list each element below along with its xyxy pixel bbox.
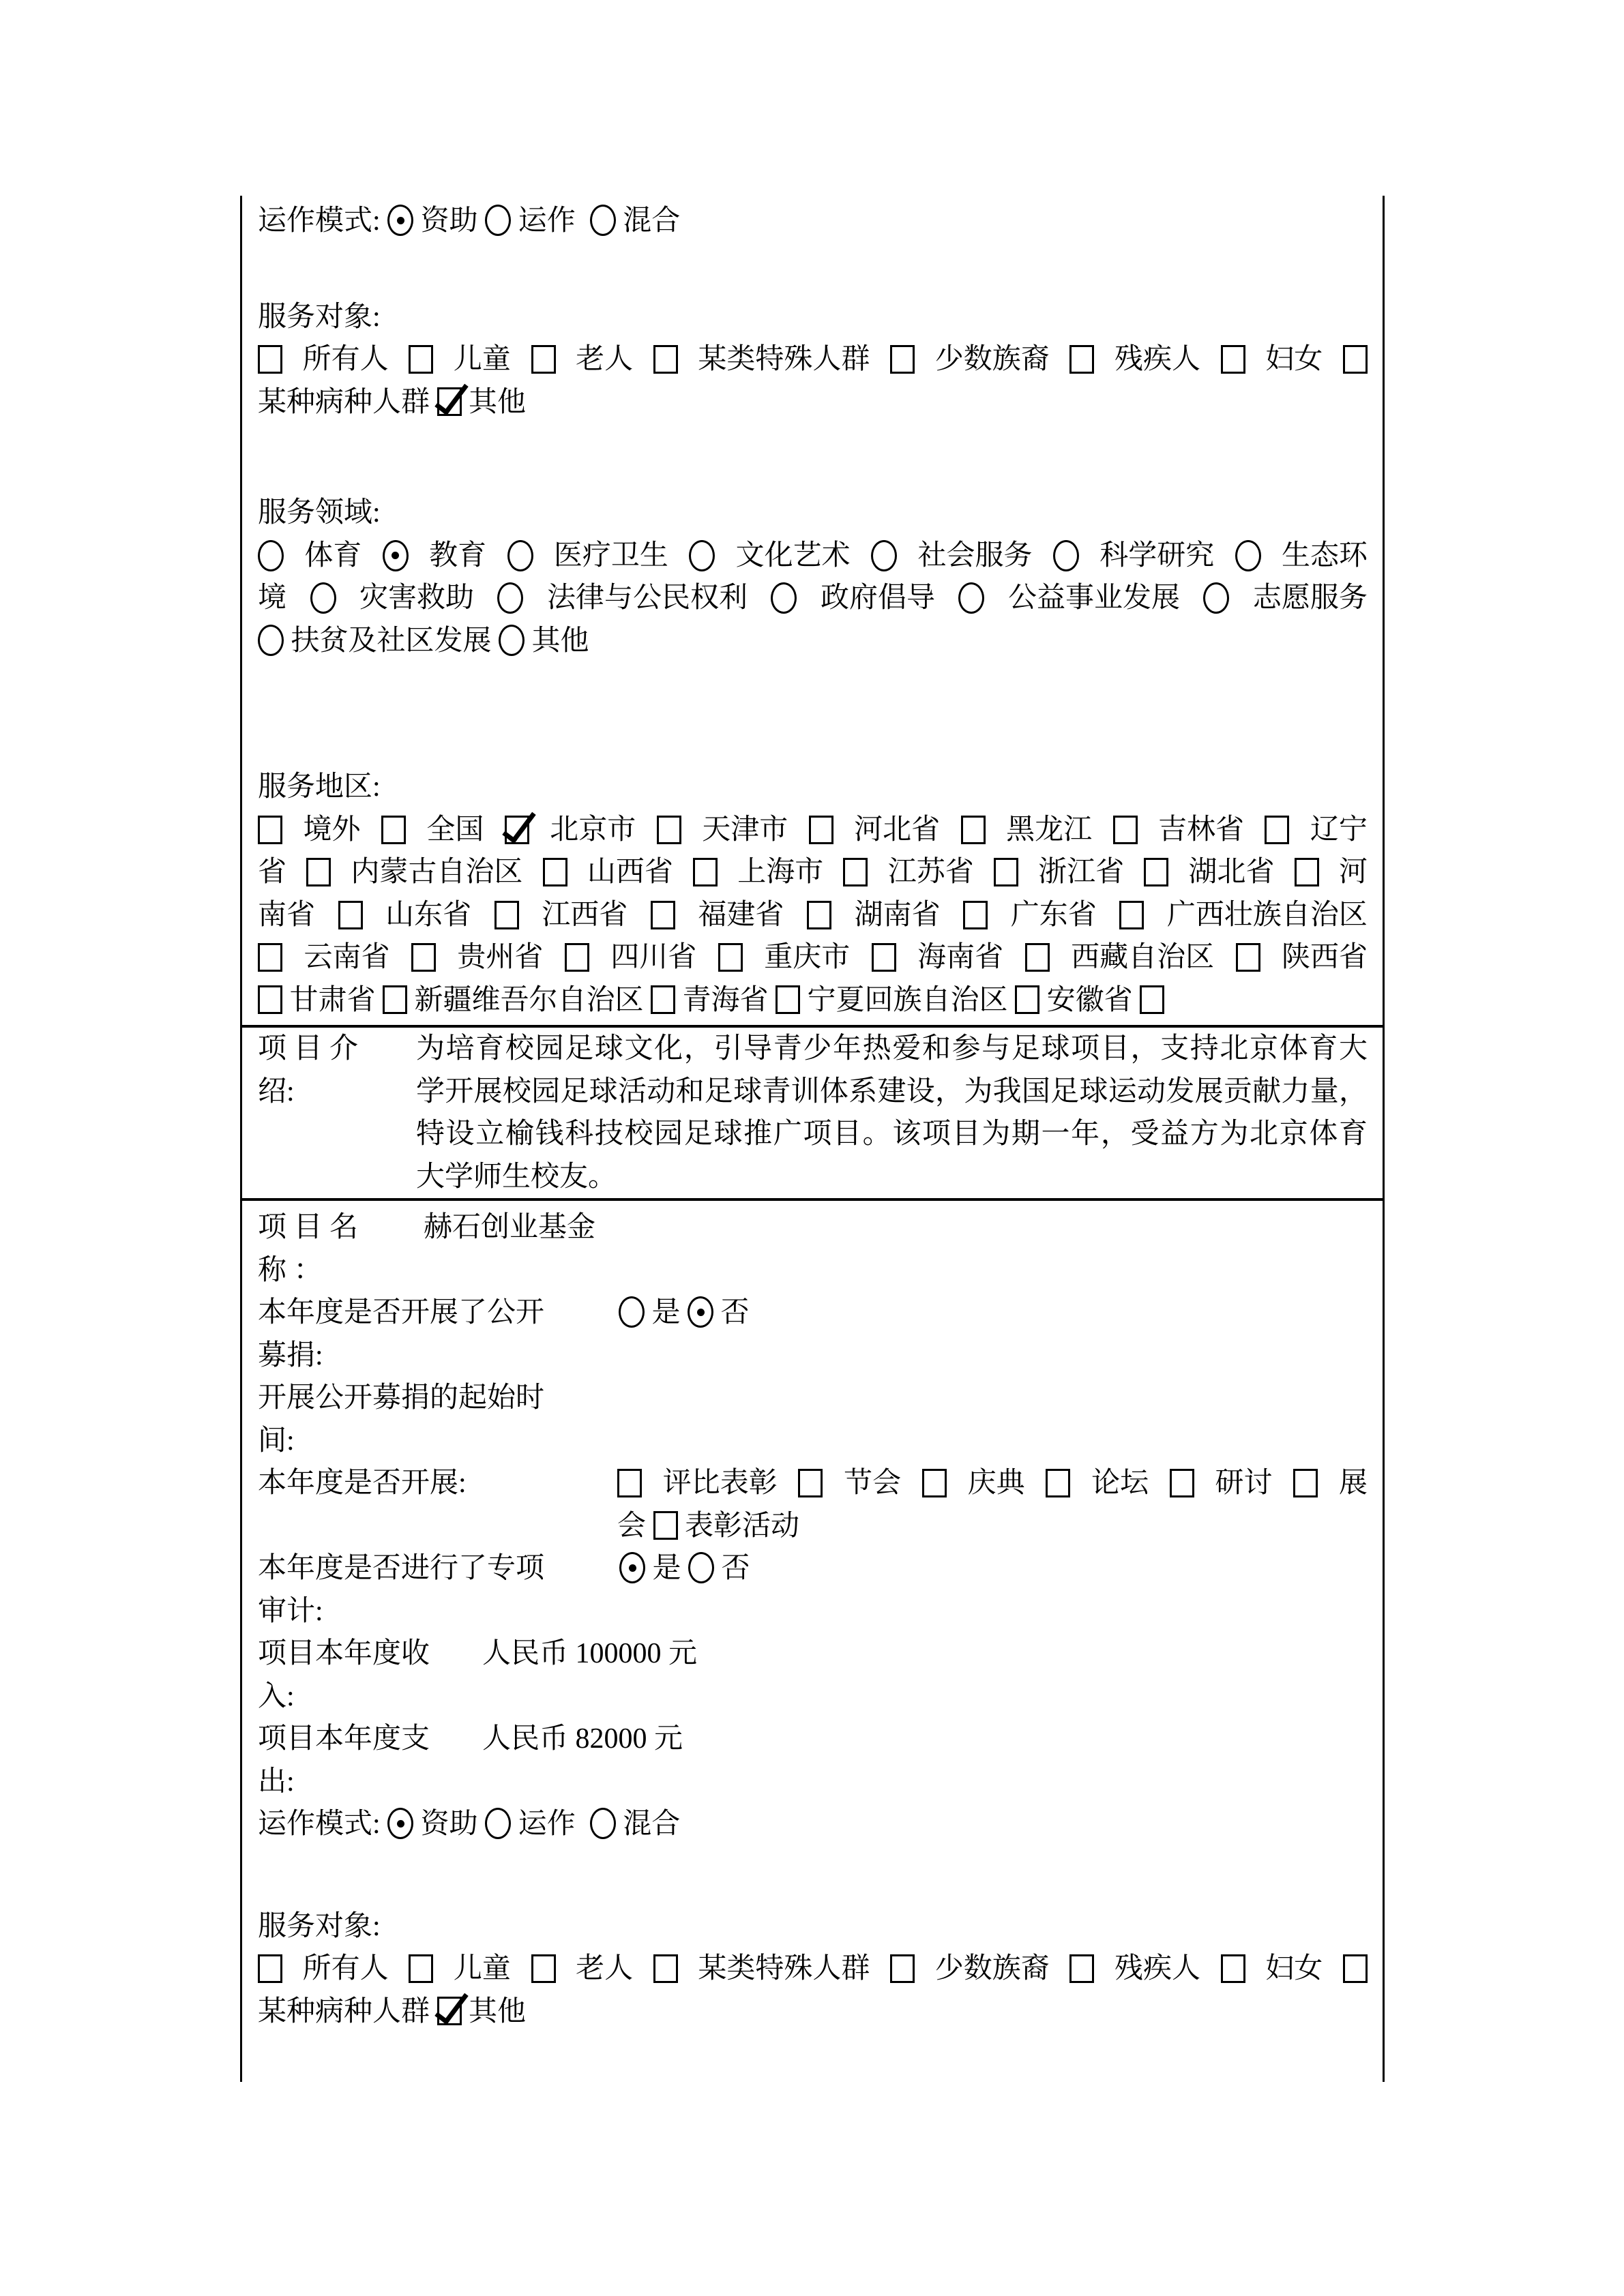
text-line: 学开展校园足球活动和足球青训体系建设，为我国足球运动发展贡献力量， [416,1071,1368,1114]
text: 广西壮族自治区 [1160,894,1368,937]
text: 服务对象: [258,301,381,333]
radio-selected-icon [688,1296,713,1328]
annual-activities-row: 本年度是否开展: 评比表彰 节会 庆典 论坛 研讨 展会 表彰活动 [258,1462,1368,1547]
checkbox-icon [693,858,718,886]
checkbox-icon [1113,816,1138,844]
field-label-line: 入: [258,1675,482,1718]
text: 江苏省 [881,851,981,894]
checkbox-icon [843,858,868,886]
checkbox-icon [653,1511,678,1540]
text: 少数族裔 [928,338,1057,381]
text: 科学研究 [1093,535,1222,578]
text: 运作 [511,1808,590,1840]
checkbox-icon [798,1469,823,1497]
text: 境 [258,577,294,620]
text: 生态环 [1274,535,1368,578]
radio-icon [507,540,533,571]
text: 扶贫及社区发展 [284,625,499,657]
checkbox-icon [1069,1954,1094,1983]
text: 辽宁 [1303,809,1368,852]
text: 教育 [422,535,494,578]
checkbox-icon [653,345,678,374]
text-line: 是 否 [619,1292,1368,1335]
text: 贵州省 [450,936,550,979]
radio-icon [619,1296,645,1328]
special-audit-row-value: 是 否 [619,1547,1368,1590]
text: 山西省 [580,851,680,894]
service-target-options-line-1: 所有人 儿童 老人 某类特殊人群 少数族裔 残疾人 妇女 [258,338,1368,381]
service-area-options-line-2: 省 内蒙古自治区 山西省 上海市 江苏省 浙江省 湖北省 河 [258,851,1368,894]
annual-activities-row-label: 本年度是否开展: [258,1462,617,1505]
field-label-line: 募捐: [258,1335,619,1377]
checkbox-icon [657,816,681,844]
text: 南省 [258,894,323,937]
field-label-line: 本年度是否开展了公开 [258,1292,619,1335]
text: 妇女 [1258,1948,1330,1991]
project-intro-row-value: 为培育校园足球文化，引导青少年热爱和参与足球项目，支持北京体育大学开展校园足球活… [416,1028,1368,1198]
field-label-line: 称 ： [258,1249,424,1292]
text: 陕西省 [1274,936,1368,979]
text: 评比表彰 [655,1462,784,1505]
checkbox-icon [961,816,986,844]
checkbox-icon [1015,985,1039,1014]
checkbox-icon [565,943,589,972]
fundraising-start-time-row-label: 开展公开募捐的起始时间: [258,1377,619,1462]
field-label-line: 本年度是否开展: [258,1462,617,1505]
text: 所有人 [295,1948,396,1991]
text: 医疗卫生 [546,535,675,578]
text: 资助 [413,205,485,237]
service-target-heading: 服务对象: [258,296,1368,339]
text: 吉林省 [1151,809,1251,852]
checkbox-icon [1170,1469,1194,1497]
service-area-heading: 服务地区: [258,766,1368,809]
checkbox-icon [409,1954,433,1983]
operating-mode-line-2: 运作模式: 资助 运作 混合 [258,1803,1368,1846]
text: 人民币 82000 元 [482,1723,683,1755]
text-line: 大学师生校友。 [416,1156,1368,1199]
service-target-2-options-line-2: 某种病种人群 其他 [258,1991,1368,2033]
text: 宁夏回族自治区 [800,985,1015,1016]
text: 是 [645,1553,688,1584]
text: 节会 [837,1462,909,1505]
text: 志愿服务 [1245,577,1368,620]
table-cell-project-intro: 项 目 介绍:为培育校园足球文化，引导青少年热爱和参与足球项目，支持北京体育大学… [242,1028,1383,1198]
project-intro-row: 项 目 介绍:为培育校园足球文化，引导青少年热爱和参与足球项目，支持北京体育大学… [258,1028,1368,1198]
project-name-row-label: 项 目 名称 ： [258,1206,424,1292]
checkbox-checked-icon [437,1997,462,2025]
text: 全国 [419,809,491,852]
text: 重庆市 [757,936,857,979]
radio-selected-icon [387,1808,413,1839]
checkbox-icon [1221,345,1245,374]
text: 残疾人 [1107,1948,1207,1991]
checkbox-icon [1295,858,1319,886]
text: 社会服务 [911,535,1039,578]
checkbox-icon [776,985,800,1014]
radio-icon [497,582,523,614]
text: 赫石创业基金 [424,1212,595,1243]
text: 其他 [525,625,589,657]
text: 天津市 [695,809,795,852]
radio-icon [958,582,984,614]
radio-icon [590,205,616,236]
service-target-options-line-2: 某种病种人群 其他 [258,381,1368,424]
radio-icon [1053,540,1079,571]
annual-activities-row-value: 评比表彰 节会 庆典 论坛 研讨 展会 表彰活动 [617,1462,1368,1547]
radio-icon [485,1808,511,1839]
radio-icon [258,625,284,656]
checkbox-icon [258,345,282,374]
text: 公益事业发展 [1001,577,1187,620]
field-label-line: 开展公开募捐的起始时 [258,1377,619,1420]
checkbox-icon [809,816,833,844]
text: 内蒙古自治区 [344,851,530,894]
radio-icon [258,540,284,571]
text: 服务领域: [258,497,381,528]
text: 表彰活动 [678,1510,800,1542]
text: 混合 [616,1808,681,1840]
text: 否 [713,1297,750,1328]
project-intro-row-label: 项 目 介绍: [258,1028,416,1113]
field-label-line: 项目本年度支 [258,1718,482,1761]
checkbox-icon [1293,1469,1318,1497]
checkbox-icon [258,1954,282,1983]
checkbox-icon [653,1954,678,1983]
text: 湖南省 [847,894,947,937]
text-line: 人民币 100000 元 [482,1632,1368,1675]
field-label-line: 本年度是否进行了专项 [258,1547,619,1590]
text: 老人 [569,338,640,381]
text: 新疆维吾尔自治区 [407,985,651,1016]
radio-icon [1203,582,1229,614]
text: 运作 [511,205,590,237]
text: 会 [617,1510,653,1542]
checkbox-icon [258,943,282,972]
text: 云南省 [297,936,397,979]
checkbox-icon [543,858,567,886]
text-line: 特设立榆钱科技校园足球推广项目。该项目为期一年，受益方为北京体育 [416,1113,1368,1156]
service-area-options-line-1: 境外 全国 北京市 天津市 河北省 黑龙江 吉林省 辽宁 [258,809,1368,852]
text: 江西省 [535,894,635,937]
checkbox-icon [383,985,407,1014]
table-cell-project-2: 项 目 名称 ：赫石创业基金本年度是否开展了公开募捐: 是 否开展公开募捐的起始… [242,1201,1383,2036]
text: 境外 [296,809,368,852]
radio-icon [771,582,797,614]
radio-icon [310,582,336,614]
table-cell-project-1-continued: 运作模式: 资助 运作 混合服务对象: 所有人 儿童 老人 某类特殊人群 少数族… [242,196,1383,1025]
service-target-heading-2: 服务对象: [258,1905,1368,1948]
special-audit-row: 本年度是否进行了专项审计: 是 否 [258,1547,1368,1632]
text: 其他 [462,1996,527,2027]
field-label-line: 项目本年度收 [258,1632,482,1675]
text: 甘肃省 [282,985,383,1016]
checkbox-icon [890,1954,915,1983]
radio-selected-icon [387,205,413,236]
text: 文化艺术 [728,535,857,578]
text: 为培育校园足球文化，引导青少年热爱和参与足球项目，支持北京体育大 [416,1033,1368,1064]
checkbox-checked-icon [437,387,462,416]
checkbox-icon [1265,816,1289,844]
checkbox-icon [258,985,282,1014]
text: 体育 [297,535,369,578]
text: 所有人 [295,338,396,381]
annual-report-table: 运作模式: 资助 运作 混合服务对象: 所有人 儿童 老人 某类特殊人群 少数族… [240,196,1385,2082]
checkbox-icon [994,858,1018,886]
text: 广东省 [1003,894,1104,937]
checkbox-icon [258,816,282,844]
service-field-options-line-1: 体育 教育 医疗卫生 文化艺术 社会服务 科学研究 生态环 [258,535,1368,578]
checkbox-icon [651,901,675,929]
text: 运作模式: [258,1808,387,1840]
text: 某种病种人群 [258,1996,437,2027]
text-line: 会 表彰活动 [617,1505,1368,1548]
radio-icon [499,625,525,656]
special-audit-row-label: 本年度是否进行了专项审计: [258,1547,619,1632]
text-line: 人民币 82000 元 [482,1718,1368,1761]
checkbox-icon [1140,985,1164,1014]
text-line: 是 否 [619,1547,1368,1590]
annual-expense-row-value: 人民币 82000 元 [482,1718,1368,1761]
project-name-row-value: 赫石创业基金 [424,1206,1368,1249]
text: 某类特殊人群 [691,338,877,381]
field-label-line: 审计: [258,1590,619,1633]
annual-income-row: 项目本年度收入:人民币 100000 元 [258,1632,1368,1718]
text: 上海市 [730,851,831,894]
public-fundraising-row-label: 本年度是否开展了公开募捐: [258,1292,619,1377]
checkbox-icon [494,901,519,929]
text-line: 赫石创业基金 [424,1206,1368,1249]
text: 河北省 [847,809,947,852]
text: 山东省 [379,894,479,937]
checkbox-icon [872,943,896,972]
text: 学开展校园足球活动和足球青训体系建设，为我国足球运动发展贡献力量， [416,1076,1368,1107]
checkbox-icon [890,345,915,374]
service-field-heading: 服务领域: [258,492,1368,535]
text: 混合 [616,205,681,237]
text: 灾害救助 [352,577,481,620]
text: 妇女 [1258,338,1330,381]
field-label-line: 项 目 介 [258,1028,416,1071]
text: 论坛 [1084,1462,1156,1505]
checkbox-icon [651,985,675,1014]
checkbox-icon [807,901,831,929]
text: 浙江省 [1031,851,1132,894]
radio-icon [871,540,897,571]
annual-income-row-value: 人民币 100000 元 [482,1632,1368,1675]
annual-expense-row: 项目本年度支出:人民币 82000 元 [258,1718,1368,1803]
checkbox-icon [531,1954,556,1983]
checkbox-icon [617,1469,642,1497]
checkbox-checked-icon [505,816,529,844]
checkbox-icon [1144,858,1168,886]
checkbox-icon [381,816,406,844]
annual-expense-row-label: 项目本年度支出: [258,1718,482,1803]
text: 四川省 [604,936,704,979]
text: 大学师生校友。 [416,1161,617,1193]
public-fundraising-row-value: 是 否 [619,1292,1368,1335]
text: 残疾人 [1107,338,1207,381]
service-area-options-line-5: 甘肃省 新疆维吾尔自治区 青海省 宁夏回族自治区 安徽省 [258,979,1368,1022]
text: 黑龙江 [999,809,1099,852]
text: 某种病种人群 [258,387,437,418]
text: 儿童 [446,1948,518,1991]
text: 特设立榆钱科技校园足球推广项目。该项目为期一年，受益方为北京体育 [416,1118,1368,1150]
text: 西藏自治区 [1064,936,1222,979]
text: 展 [1331,1462,1368,1505]
radio-icon [485,205,511,236]
checkbox-icon [1343,345,1368,374]
text-line: 为培育校园足球文化，引导青少年热爱和参与足球项目，支持北京体育大 [416,1028,1368,1071]
text: 资助 [413,1808,485,1840]
service-area-options-line-3: 南省 山东省 江西省 福建省 湖南省 广东省 广西壮族自治区 [258,894,1368,937]
public-fundraising-row: 本年度是否开展了公开募捐: 是 否 [258,1292,1368,1377]
checkbox-icon [531,345,556,374]
text: 运作模式: [258,205,387,237]
checkbox-icon [1221,1954,1245,1983]
text: 服务地区: [258,771,381,803]
text: 福建省 [691,894,791,937]
checkbox-icon [1046,1469,1070,1497]
service-field-options-line-2: 境 灾害救助 法律与公民权利 政府倡导 公益事业发展 志愿服务 [258,577,1368,620]
service-field-options-line-3: 扶贫及社区发展 其他 [258,620,1368,663]
service-area-options-line-4: 云南省 贵州省 四川省 重庆市 海南省 西藏自治区 陕西省 [258,936,1368,979]
text: 法律与公民权利 [540,577,754,620]
text-line: 评比表彰 节会 庆典 论坛 研讨 展 [617,1462,1368,1505]
checkbox-icon [411,943,436,972]
text: 服务对象: [258,1911,381,1942]
checkbox-icon [1069,345,1094,374]
checkbox-icon [963,901,988,929]
text: 政府倡导 [813,577,942,620]
text: 北京市 [543,809,643,852]
checkbox-icon [1236,943,1260,972]
text: 河 [1331,851,1368,894]
checkbox-icon [1119,901,1144,929]
field-label-line: 间: [258,1420,619,1463]
checkbox-icon [306,858,331,886]
text: 省 [258,851,294,894]
checkbox-icon [718,943,743,972]
checkbox-icon [1343,1954,1368,1983]
text: 某类特殊人群 [691,1948,877,1991]
service-target-2-options-line-1: 所有人 儿童 老人 某类特殊人群 少数族裔 残疾人 妇女 [258,1948,1368,1991]
radio-icon [689,540,715,571]
text: 青海省 [675,985,776,1016]
project-name-row: 项 目 名称 ：赫石创业基金 [258,1206,1368,1292]
text: 人民币 100000 元 [482,1638,697,1669]
text: 儿童 [446,338,518,381]
field-label-line: 出: [258,1761,482,1804]
radio-selected-icon [383,540,409,571]
text: 少数族裔 [928,1948,1057,1991]
text: 安徽省 [1039,985,1140,1016]
fundraising-start-time-row: 开展公开募捐的起始时间: [258,1377,1368,1462]
text: 老人 [569,1948,640,1991]
operating-mode-line: 运作模式: 资助 运作 混合 [258,200,1368,243]
radio-icon [688,1552,714,1583]
checkbox-icon [409,345,433,374]
text: 其他 [462,387,527,418]
checkbox-icon [1025,943,1050,972]
text: 否 [714,1553,750,1584]
field-label-line: 项 目 名 [258,1206,424,1249]
radio-selected-icon [619,1552,645,1583]
text: 庆典 [960,1462,1032,1505]
radio-icon [590,1808,616,1839]
document-page: 运作模式: 资助 运作 混合服务对象: 所有人 儿童 老人 某类特殊人群 少数族… [0,0,1624,2296]
checkbox-icon [922,1469,947,1497]
field-label-line: 绍: [258,1071,416,1114]
checkbox-icon [338,901,363,929]
text: 海南省 [911,936,1011,979]
text: 湖北省 [1181,851,1282,894]
text: 是 [645,1297,688,1328]
radio-icon [1235,540,1261,571]
text: 研讨 [1208,1462,1280,1505]
annual-income-row-label: 项目本年度收入: [258,1632,482,1718]
